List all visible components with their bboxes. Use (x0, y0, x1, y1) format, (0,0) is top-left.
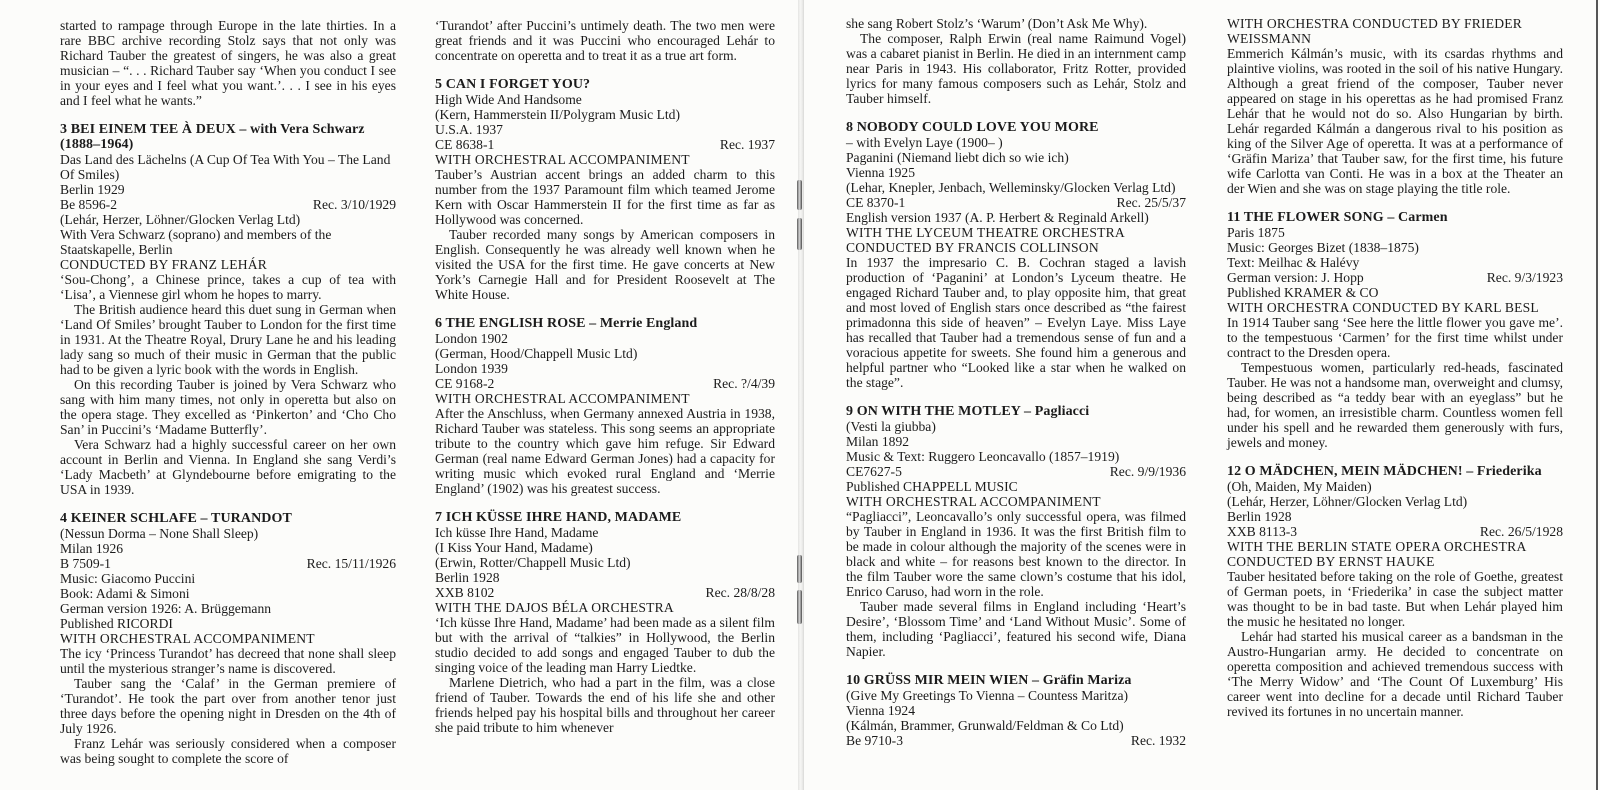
staple-bottom-upper (797, 555, 802, 583)
track-heading: 12 O MÄDCHEN, MEIN MÄDCHEN! – Friederika (1227, 464, 1563, 479)
matrix-number: CE 8370-1 (846, 195, 905, 210)
matrix-row: Be 9710-3 Rec. 1932 (846, 733, 1186, 748)
intro-paragraph: ‘Turandot’ after Puccini’s untimely deat… (435, 18, 775, 63)
track-line: Das Land des Lächelns (A Cup Of Tea With… (60, 152, 396, 182)
credit-line: (Lehár, Herzer, Löhner/Glocken Verlag Lt… (60, 212, 396, 227)
matrix-number: CE 8638-1 (435, 137, 494, 152)
credit-line: Book: Adami & Simoni (60, 586, 396, 601)
track-line: (I Kiss Your Hand, Madame) (435, 540, 775, 555)
accompaniment-line: WITH ORCHESTRAL ACCOMPANIMENT (435, 152, 775, 167)
intro-paragraph: she sang Robert Stolz’s ‘Warum’ (Don’t A… (846, 16, 1186, 31)
track-9: 9 ON WITH THE MOTLEY – Pagliacci (Vesti … (846, 404, 1186, 659)
track-line: Paris 1875 (1227, 225, 1563, 240)
recording-date: Rec. 15/11/1926 (307, 556, 396, 571)
track-line: London 1902 (435, 331, 775, 346)
credit-line: With Vera Schwarz (soprano) and members … (60, 227, 396, 257)
recording-date: Rec. 3/10/1929 (313, 197, 396, 212)
track-line: U.S.A. 1937 (435, 122, 775, 137)
recording-date: Rec. 25/5/37 (1117, 195, 1186, 210)
track-line: Milan 1926 (60, 541, 396, 556)
recording-date: Rec. 1932 (1131, 733, 1186, 748)
credit-line: Published KRAMER & CO (1227, 285, 1563, 300)
track-line: Ich küsse Ihre Hand, Madame (435, 525, 775, 540)
staple-top-lower (797, 218, 802, 250)
column-1: started to rampage through Europe in the… (60, 18, 396, 766)
column-4: WITH ORCHESTRA CONDUCTED BY FRIEDER WEIS… (1227, 16, 1563, 719)
german-version: German version: J. Hopp (1227, 270, 1364, 285)
track-heading: 4 KEINER SCHLAFE – TURANDOT (60, 511, 396, 526)
conductor-line: WITH ORCHESTRA CONDUCTED BY KARL BESL (1227, 300, 1563, 315)
credit-line: German version 1926: A. Brüggemann (60, 601, 396, 616)
track-line: Milan 1892 (846, 434, 1186, 449)
matrix-row: CE7627-5 Rec. 9/9/1936 (846, 464, 1186, 479)
track-line: (Lehár, Herzer, Löhner/Glocken Verlag Lt… (1227, 494, 1563, 509)
credit-line: Published RICORDI (60, 616, 396, 631)
track-line: High Wide And Handsome (435, 92, 775, 107)
track-8: 8 NOBODY COULD LOVE YOU MORE – with Evel… (846, 120, 1186, 390)
track-10: 10 GRÜSS MIR MEIN WIEN – Gräfin Mariza (… (846, 673, 1186, 748)
track-heading: 5 CAN I FORGET YOU? (435, 77, 775, 92)
track-line: – with Evelyn Laye (1900– ) (846, 135, 1186, 150)
note-paragraph: In 1914 Tauber sang ‘See here the little… (1227, 315, 1563, 360)
track-line: Berlin 1928 (1227, 509, 1563, 524)
track-6: 6 THE ENGLISH ROSE – Merrie England Lond… (435, 316, 775, 496)
matrix-number: CE7627-5 (846, 464, 902, 479)
track-line: (Lehar, Knepler, Jenbach, Welleminsky/Gl… (846, 180, 1186, 195)
note-paragraph: Vera Schwarz had a highly successful car… (60, 437, 396, 497)
track-5: 5 CAN I FORGET YOU? High Wide And Handso… (435, 77, 775, 302)
track-heading: 10 GRÜSS MIR MEIN WIEN – Gräfin Mariza (846, 673, 1186, 688)
note-paragraph: “Pagliacci”, Leoncavallo’s only successf… (846, 509, 1186, 599)
booklet-fold (798, 0, 804, 790)
matrix-row: XXB 8102 Rec. 28/8/28 (435, 585, 775, 600)
conductor-line: CONDUCTED BY FRANCIS COLLINSON (846, 240, 1186, 255)
track-12: 12 O MÄDCHEN, MEIN MÄDCHEN! – Friederika… (1227, 464, 1563, 719)
matrix-number: CE 9168-2 (435, 376, 494, 391)
track-heading: 7 ICH KÜSSE IHRE HAND, MADAME (435, 510, 775, 525)
orchestra-line: WITH THE LYCEUM THEATRE ORCHESTRA (846, 225, 1186, 240)
track-line: (Nessun Dorma – None Shall Sleep) (60, 526, 396, 541)
orchestra-line: WITH THE DAJOS BÉLA ORCHESTRA (435, 600, 775, 615)
track-line: Berlin 1928 (435, 570, 775, 585)
staple-top-upper (797, 180, 802, 210)
matrix-row: B 7509-1 Rec. 15/11/1926 (60, 556, 396, 571)
matrix-row: German version: J. Hopp Rec. 9/3/1923 (1227, 270, 1563, 285)
recording-date: Rec. 1937 (720, 137, 775, 152)
track-line: (Erwin, Rotter/Chappell Music Ltd) (435, 555, 775, 570)
matrix-number: XXB 8113-3 (1227, 524, 1297, 539)
track-line: London 1939 (435, 361, 775, 376)
column-2: ‘Turandot’ after Puccini’s untimely deat… (435, 18, 775, 735)
note-paragraph: After the Anschluss, when Germany annexe… (435, 406, 775, 496)
matrix-row: CE 8370-1 Rec. 25/5/37 (846, 195, 1186, 210)
accompaniment-line: WITH ORCHESTRAL ACCOMPANIMENT (60, 631, 396, 646)
track-heading: 6 THE ENGLISH ROSE – Merrie England (435, 316, 775, 331)
page-edge (1596, 0, 1598, 790)
track-3: 3 BEI EINEM TEE À DEUX – with Vera Schwa… (60, 122, 396, 497)
track-line: Music & Text: Ruggero Leoncavallo (1857–… (846, 449, 1186, 464)
note-paragraph: Tauber’s Austrian accent brings an added… (435, 167, 775, 227)
note-paragraph: Tauber recorded many songs by American c… (435, 227, 775, 302)
track-line: Paganini (Niemand liebt dich so wie ich) (846, 150, 1186, 165)
matrix-row: Be 8596-2 Rec. 3/10/1929 (60, 197, 396, 212)
note-paragraph: Franz Lehár was seriously considered whe… (60, 736, 396, 766)
column-3: she sang Robert Stolz’s ‘Warum’ (Don’t A… (846, 16, 1186, 748)
track-line: (Oh, Maiden, My Maiden) (1227, 479, 1563, 494)
note-paragraph: In 1937 the impresario C. B. Cochran sta… (846, 255, 1186, 390)
intro-paragraph: started to rampage through Europe in the… (60, 18, 396, 108)
track-heading: 3 BEI EINEM TEE À DEUX – with Vera Schwa… (60, 122, 396, 152)
track-line: Vienna 1925 (846, 165, 1186, 180)
staple-bottom-lower (797, 590, 802, 624)
matrix-number: Be 9710-3 (846, 733, 903, 748)
matrix-number: Be 8596-2 (60, 197, 117, 212)
track-heading: 9 ON WITH THE MOTLEY – Pagliacci (846, 404, 1186, 419)
recording-date: Rec. 9/3/1923 (1487, 270, 1563, 285)
note-paragraph: Tauber sang the ‘Calaf’ in the German pr… (60, 676, 396, 736)
conductor-line: CONDUCTED BY FRANZ LEHÁR (60, 257, 396, 272)
matrix-row: XXB 8113-3 Rec. 26/5/1928 (1227, 524, 1563, 539)
credit-line: English version 1937 (A. P. Herbert & Re… (846, 210, 1186, 225)
matrix-row: CE 8638-1 Rec. 1937 (435, 137, 775, 152)
track-line: (Vesti la giubba) (846, 419, 1186, 434)
note-paragraph: Tauber made several films in England inc… (846, 599, 1186, 659)
matrix-number: B 7509-1 (60, 556, 111, 571)
track-11: 11 THE FLOWER SONG – Carmen Paris 1875 M… (1227, 210, 1563, 450)
intro-paragraph: The composer, Ralph Erwin (real name Rai… (846, 31, 1186, 106)
recording-date: Rec. 26/5/1928 (1480, 524, 1563, 539)
note-paragraph: Marlene Dietrich, who had a part in the … (435, 675, 775, 735)
track-7: 7 ICH KÜSSE IHRE HAND, MADAME Ich küsse … (435, 510, 775, 735)
track-4: 4 KEINER SCHLAFE – TURANDOT (Nessun Dorm… (60, 511, 396, 766)
recording-date: Rec. 9/9/1936 (1110, 464, 1186, 479)
credit-line: Published CHAPPELL MUSIC (846, 479, 1186, 494)
accompaniment-line: WITH ORCHESTRAL ACCOMPANIMENT (846, 494, 1186, 509)
track-line: (Give My Greetings To Vienna – Countess … (846, 688, 1186, 703)
note-paragraph: Lehár had started his musical career as … (1227, 629, 1563, 719)
track-line: (Kern, Hammerstein II/Polygram Music Ltd… (435, 107, 775, 122)
track-line: Text: Meilhac & Halévy (1227, 255, 1563, 270)
conductor-line: WITH ORCHESTRA CONDUCTED BY FRIEDER WEIS… (1227, 16, 1563, 46)
recording-date: Rec. ?/4/39 (713, 376, 775, 391)
note-paragraph: ‘Ich küsse Ihre Hand, Madame’ had been m… (435, 615, 775, 675)
matrix-row: CE 9168-2 Rec. ?/4/39 (435, 376, 775, 391)
orchestra-line: WITH THE BERLIN STATE OPERA ORCHESTRA (1227, 539, 1563, 554)
matrix-number: XXB 8102 (435, 585, 494, 600)
track-line: Vienna 1924 (846, 703, 1186, 718)
note-paragraph: On this recording Tauber is joined by Ve… (60, 377, 396, 437)
note-paragraph: Tempestuous women, particularly red-head… (1227, 360, 1563, 450)
note-paragraph: Emmerich Kálmán’s music, with its csarda… (1227, 46, 1563, 196)
track-heading: 11 THE FLOWER SONG – Carmen (1227, 210, 1563, 225)
accompaniment-line: WITH ORCHESTRAL ACCOMPANIMENT (435, 391, 775, 406)
note-paragraph: Tauber hesitated before taking on the ro… (1227, 569, 1563, 629)
track-line: Music: Georges Bizet (1838–1875) (1227, 240, 1563, 255)
credit-line: Music: Giacomo Puccini (60, 571, 396, 586)
track-line: (German, Hood/Chappell Music Ltd) (435, 346, 775, 361)
track-line: (Kálmán, Brammer, Grunwald/Feldman & Co … (846, 718, 1186, 733)
note-paragraph: The British audience heard this duet sun… (60, 302, 396, 377)
track-line: Berlin 1929 (60, 182, 396, 197)
track-heading: 8 NOBODY COULD LOVE YOU MORE (846, 120, 1186, 135)
conductor-line: CONDUCTED BY ERNST HAUKE (1227, 554, 1563, 569)
recording-date: Rec. 28/8/28 (706, 585, 775, 600)
note-paragraph: The icy ‘Princess Turandot’ has decreed … (60, 646, 396, 676)
note-paragraph: ‘Sou-Chong’, a Chinese prince, takes a c… (60, 272, 396, 302)
